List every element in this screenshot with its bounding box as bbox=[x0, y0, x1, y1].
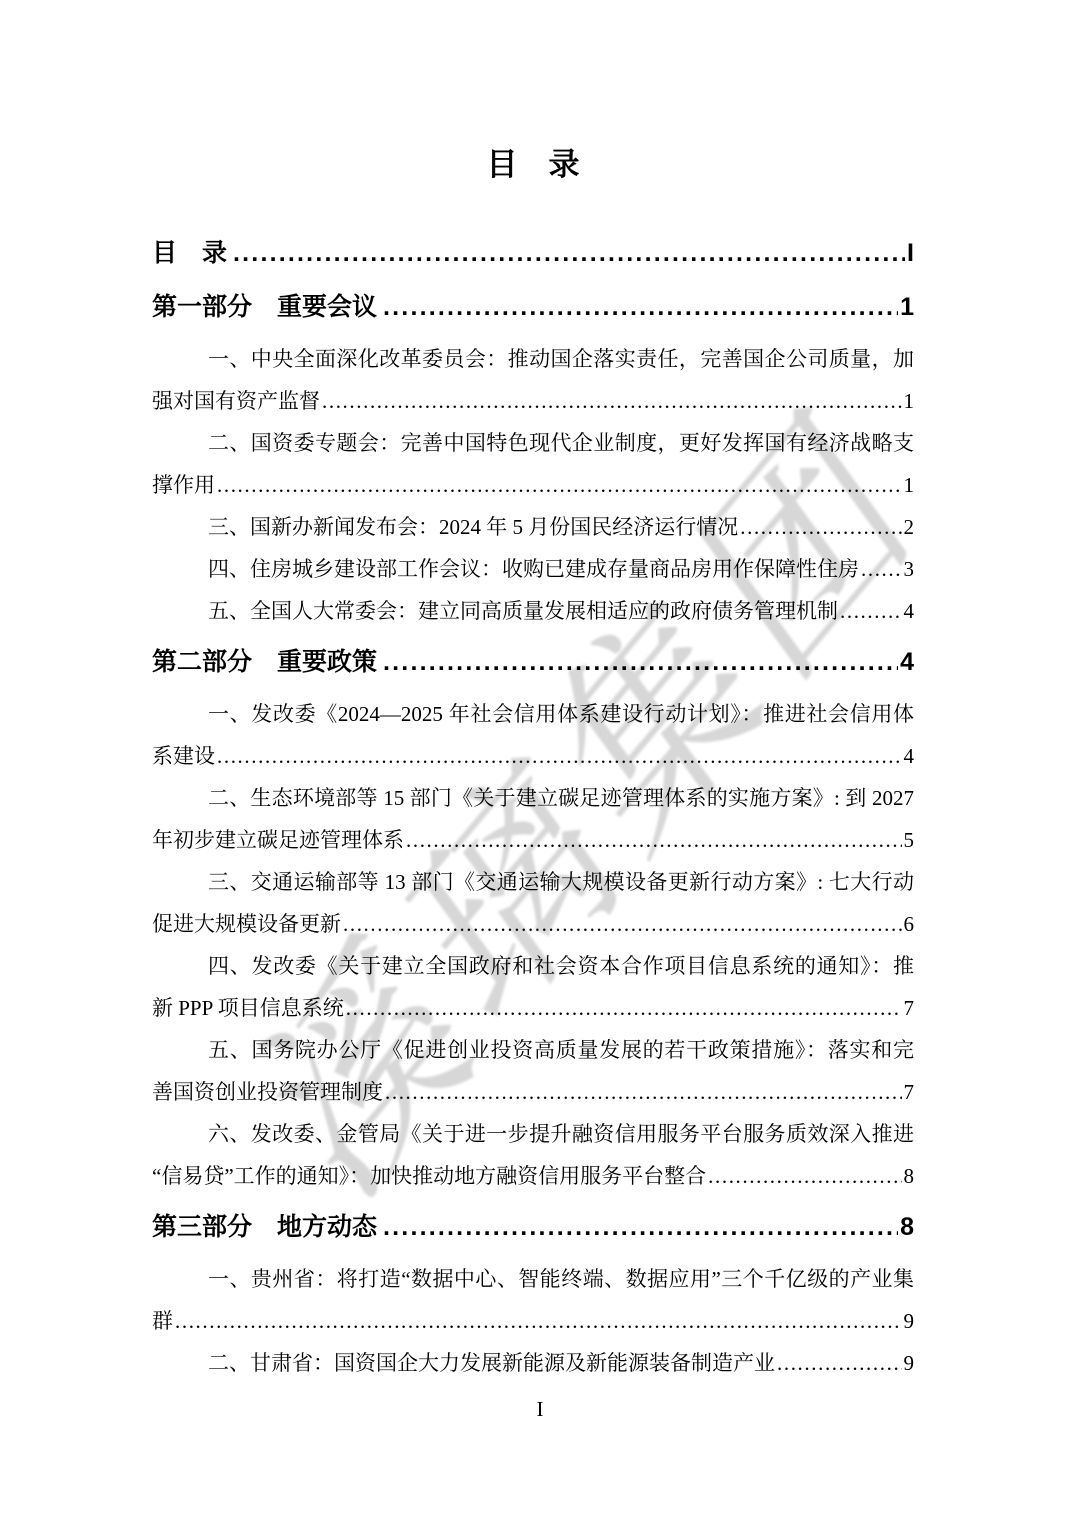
page-number[interactable]: 4 bbox=[904, 735, 915, 777]
page-number[interactable]: 8 bbox=[904, 1155, 915, 1197]
toc-entry-text[interactable]: 促进大规模设备更新 bbox=[152, 903, 341, 945]
toc-entry-line[interactable]: “信易贷”工作的通知》：加快推动地方融资信用服务平台整合8 bbox=[152, 1155, 914, 1197]
toc-part-heading[interactable]: 第一部分 重要会议 1 bbox=[152, 284, 914, 331]
toc-entry-text[interactable]: 二、国资委专题会：完善中国特色现代企业制度，更好发挥国有经济战略支 bbox=[208, 431, 914, 455]
toc-entry-text[interactable]: 三、交通运输部等 13 部门《交通运输大规模设备更新行动方案》: 七大行动 bbox=[208, 870, 914, 894]
page-title: 目 录 bbox=[152, 146, 914, 184]
toc-entry-line[interactable]: 五、全国人大常委会：建立同高质量发展相适应的政府债务管理机制4 bbox=[152, 590, 914, 632]
page-number[interactable]: 2 bbox=[904, 506, 915, 548]
page-number[interactable]: 4 bbox=[904, 590, 915, 632]
toc-entry-text[interactable]: 一、贵州省：将打造“数据中心、智能终端、数据应用”三个千亿级的产业集 bbox=[208, 1267, 914, 1291]
page-number[interactable]: I bbox=[907, 230, 914, 277]
leader-dots bbox=[346, 987, 902, 1029]
toc-entry-line[interactable]: 强对国有资产监督1 bbox=[152, 380, 914, 422]
toc-entry-text[interactable]: 新 PPP 项目信息系统 bbox=[152, 987, 344, 1029]
toc-entry-text[interactable]: 群 bbox=[152, 1300, 173, 1342]
leader-dots bbox=[383, 284, 898, 331]
toc-entry-text[interactable]: 二、甘肃省：国资国企大力发展新能源及新能源装备制造产业 bbox=[208, 1342, 775, 1384]
page-number[interactable]: 4 bbox=[900, 639, 914, 686]
toc-entry-text[interactable]: 五、全国人大常委会：建立同高质量发展相适应的政府债务管理机制 bbox=[208, 590, 838, 632]
toc-entry-text[interactable]: 六、发改委、金管局《关于进一步提升融资信用服务平台服务质效深入推进 bbox=[208, 1122, 914, 1146]
page-number[interactable]: 8 bbox=[900, 1204, 914, 1251]
toc-entry-line[interactable]: 新 PPP 项目信息系统7 bbox=[152, 987, 914, 1029]
page-number[interactable]: 1 bbox=[904, 380, 915, 422]
document-page: { "document": { "title": "目 录", "waterma… bbox=[0, 0, 1080, 1527]
toc-entry-text[interactable]: 系建设 bbox=[152, 735, 215, 777]
leader-dots bbox=[861, 548, 902, 590]
toc-entry-line[interactable]: 撑作用1 bbox=[152, 464, 914, 506]
leader-dots bbox=[217, 735, 902, 777]
leader-dots bbox=[383, 639, 898, 686]
toc-entry-text[interactable]: “信易贷”工作的通知》：加快推动地方融资信用服务平台整合 bbox=[152, 1155, 706, 1197]
toc-entry-text[interactable]: 五、国务院办公厅《促进创业投资高质量发展的若干政策措施》：落实和完 bbox=[208, 1038, 914, 1062]
leader-dots bbox=[406, 819, 902, 861]
page-number[interactable]: 7 bbox=[904, 987, 915, 1029]
toc-entry-line[interactable]: 二、甘肃省：国资国企大力发展新能源及新能源装备制造产业9 bbox=[152, 1342, 914, 1384]
page-number[interactable]: 9 bbox=[904, 1342, 915, 1384]
page-number[interactable]: 9 bbox=[904, 1300, 915, 1342]
page-number[interactable]: 3 bbox=[904, 548, 915, 590]
toc-entry-line[interactable]: 二、国资委专题会：完善中国特色现代企业制度，更好发挥国有经济战略支 bbox=[152, 422, 914, 464]
toc-entry-line[interactable]: 一、中央全面深化改革委员会：推动国企落实责任，完善国企公司质量，加 bbox=[152, 338, 914, 380]
toc-entry-text[interactable]: 二、生态环境部等 15 部门《关于建立碳足迹管理体系的实施方案》: 到 2027 bbox=[208, 786, 914, 810]
footer-page-number: I bbox=[0, 1396, 1080, 1422]
toc-entry-line[interactable]: 四、发改委《关于建立全国政府和社会资本合作项目信息系统的通知》：推 bbox=[152, 945, 914, 987]
toc-entry-line[interactable]: 三、国新办新闻发布会：2024 年 5 月份国民经济运行情况2 bbox=[152, 506, 914, 548]
toc-entry-line[interactable]: 系建设4 bbox=[152, 735, 914, 777]
leader-dots bbox=[777, 1342, 902, 1384]
toc-page: 溪璃集团 目 录 目 录I第一部分 重要会议 1一、中央全面深化改革委员会：推动… bbox=[0, 0, 1080, 1527]
toc-entry-line[interactable]: 二、生态环境部等 15 部门《关于建立碳足迹管理体系的实施方案》: 到 2027 bbox=[152, 777, 914, 819]
toc-entry-line[interactable]: 群9 bbox=[152, 1300, 914, 1342]
toc-entry-text[interactable]: 善国资创业投资管理制度 bbox=[152, 1071, 383, 1113]
toc-entry-text[interactable]: 一、中央全面深化改革委员会：推动国企落实责任，完善国企公司质量，加 bbox=[208, 347, 914, 371]
toc-part-heading[interactable]: 目 录I bbox=[152, 230, 914, 277]
toc-entry-line[interactable]: 一、贵州省：将打造“数据中心、智能终端、数据应用”三个千亿级的产业集 bbox=[152, 1258, 914, 1300]
toc-entry-line[interactable]: 促进大规模设备更新6 bbox=[152, 903, 914, 945]
toc-entry-line[interactable]: 四、住房城乡建设部工作会议：收购已建成存量商品房用作保障性住房3 bbox=[152, 548, 914, 590]
toc-entry-line[interactable]: 三、交通运输部等 13 部门《交通运输大规模设备更新行动方案》: 七大行动 bbox=[152, 861, 914, 903]
toc-entry-text[interactable]: 目 录 bbox=[152, 230, 227, 277]
leader-dots bbox=[385, 1071, 902, 1113]
leader-dots bbox=[708, 1155, 901, 1197]
leader-dots bbox=[217, 464, 902, 506]
page-number[interactable]: 1 bbox=[900, 284, 914, 331]
leader-dots bbox=[840, 590, 902, 632]
toc-entry-line[interactable]: 善国资创业投资管理制度7 bbox=[152, 1071, 914, 1113]
page-number[interactable]: 1 bbox=[904, 464, 915, 506]
leader-dots bbox=[233, 230, 905, 277]
toc-entry-text[interactable]: 强对国有资产监督 bbox=[152, 380, 320, 422]
leader-dots bbox=[175, 1300, 902, 1342]
leader-dots bbox=[343, 903, 902, 945]
toc-entry-text[interactable]: 三、国新办新闻发布会：2024 年 5 月份国民经济运行情况 bbox=[208, 506, 738, 548]
page-number[interactable]: 6 bbox=[904, 903, 915, 945]
page-number[interactable]: 7 bbox=[904, 1071, 915, 1113]
toc-entry-text[interactable]: 一、发改委《2024—2025 年社会信用体系建设行动计划》：推进社会信用体 bbox=[208, 702, 914, 726]
leader-dots bbox=[383, 1204, 898, 1251]
toc-entry-text[interactable]: 第三部分 地方动态 bbox=[152, 1204, 377, 1251]
leader-dots bbox=[322, 380, 902, 422]
toc-entry-line[interactable]: 五、国务院办公厅《促进创业投资高质量发展的若干政策措施》：落实和完 bbox=[152, 1029, 914, 1071]
toc-part-heading[interactable]: 第三部分 地方动态 8 bbox=[152, 1204, 914, 1251]
toc-entry-line[interactable]: 年初步建立碳足迹管理体系5 bbox=[152, 819, 914, 861]
toc-entry-line[interactable]: 一、发改委《2024—2025 年社会信用体系建设行动计划》：推进社会信用体 bbox=[152, 693, 914, 735]
toc-entry-text[interactable]: 四、住房城乡建设部工作会议：收购已建成存量商品房用作保障性住房 bbox=[208, 548, 859, 590]
toc-entry-text[interactable]: 第一部分 重要会议 bbox=[152, 284, 377, 331]
page-number[interactable]: 5 bbox=[904, 819, 915, 861]
toc-entry-text[interactable]: 第二部分 重要政策 bbox=[152, 639, 377, 686]
toc-entry-line[interactable]: 六、发改委、金管局《关于进一步提升融资信用服务平台服务质效深入推进 bbox=[152, 1113, 914, 1155]
toc-entry-text[interactable]: 年初步建立碳足迹管理体系 bbox=[152, 819, 404, 861]
toc-part-heading[interactable]: 第二部分 重要政策 4 bbox=[152, 639, 914, 686]
leader-dots bbox=[740, 506, 901, 548]
toc-list: 目 录I第一部分 重要会议 1一、中央全面深化改革委员会：推动国企落实责任，完善… bbox=[152, 230, 914, 1384]
toc-entry-text[interactable]: 撑作用 bbox=[152, 464, 215, 506]
toc-content: 目 录 目 录I第一部分 重要会议 1一、中央全面深化改革委员会：推动国企落实责… bbox=[152, 146, 914, 1384]
toc-entry-text[interactable]: 四、发改委《关于建立全国政府和社会资本合作项目信息系统的通知》：推 bbox=[208, 954, 914, 978]
